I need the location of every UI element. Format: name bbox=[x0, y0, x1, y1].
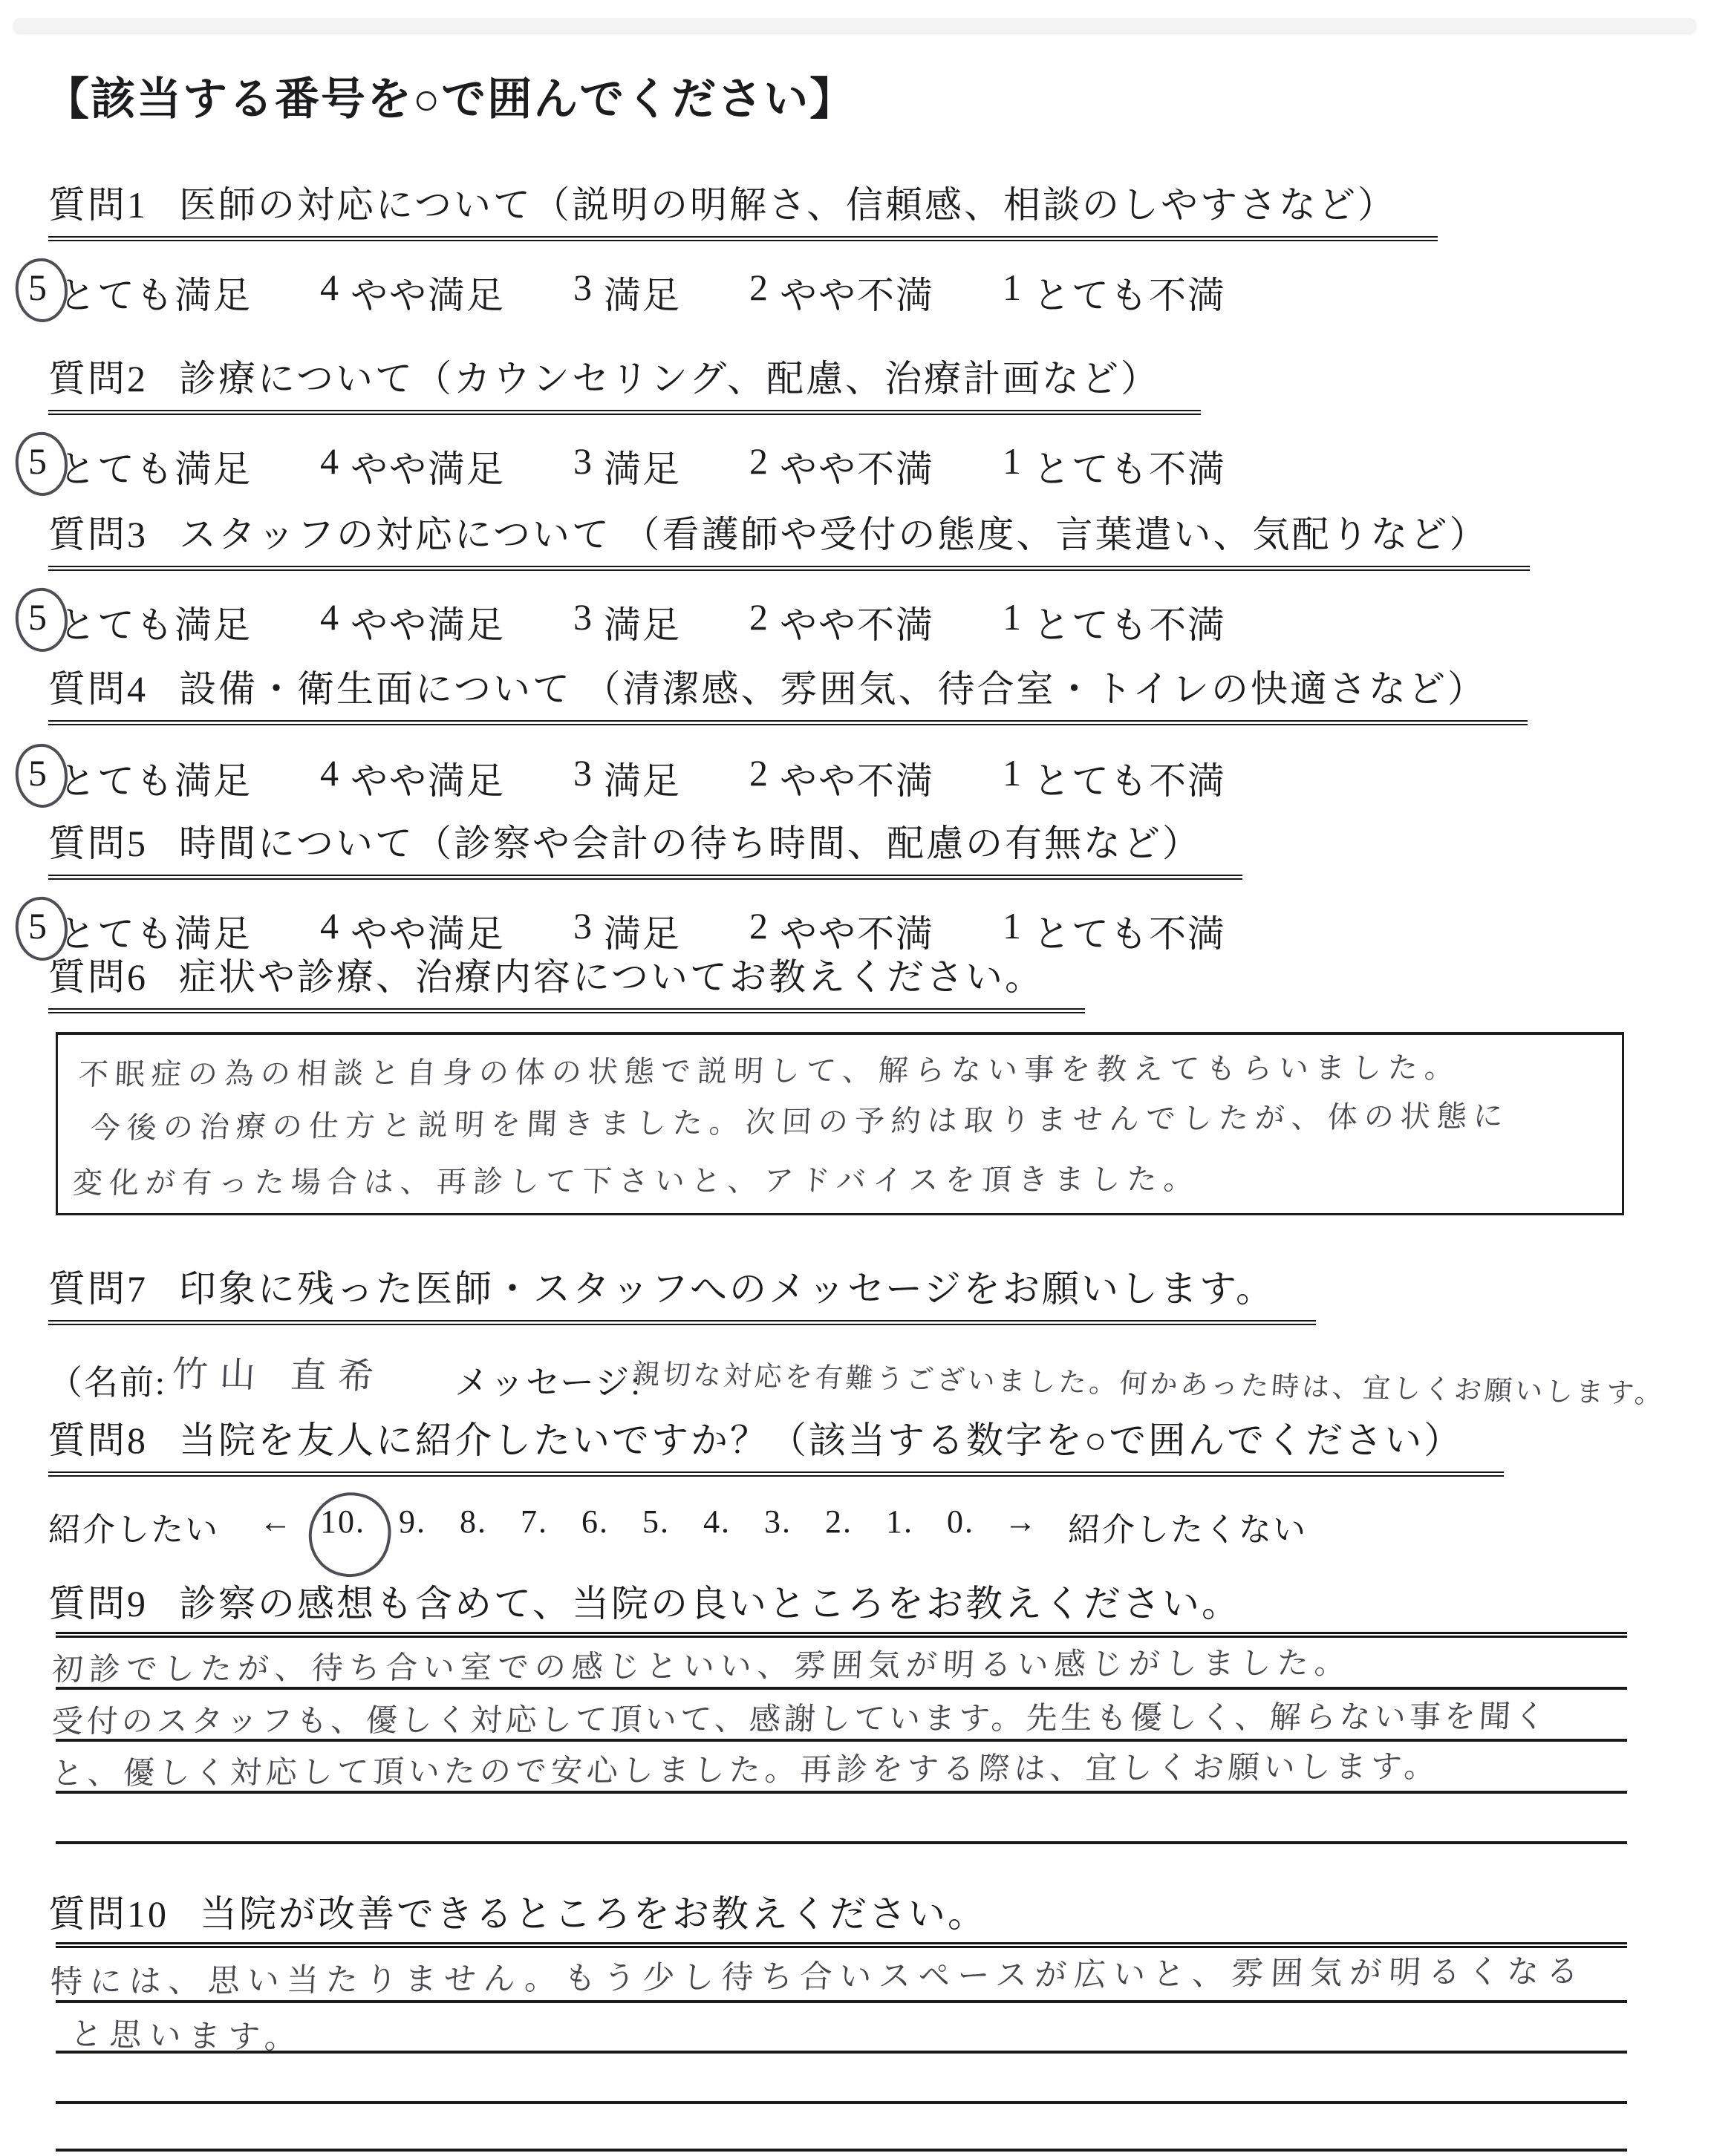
q8-right-arrow: → bbox=[1004, 1503, 1038, 1541]
q2-option-4[interactable]: 4やや満足 bbox=[320, 440, 505, 493]
q3-option-2[interactable]: 2やや不満 bbox=[749, 595, 934, 649]
question-4-text: 設備・衛生面について （清潔感、雰囲気、待合室・トイレの快適さなど） bbox=[179, 668, 1487, 710]
question-3-header: 質問3スタッフの対応について （看護師や受付の態度、言葉遣い、気配りなど） bbox=[48, 514, 1530, 571]
q8-score-8[interactable]: 8. bbox=[460, 1503, 487, 1541]
q9-handwritten-line-2: 受付のスタッフも、優しく対応して頂いて、感謝しています。先生も優しく、解らない事… bbox=[51, 1692, 1551, 1742]
q1-option-5[interactable]: 5とても満足 bbox=[28, 266, 252, 319]
question-6-text: 症状や診療、治療内容についてお教えください。 bbox=[179, 956, 1044, 998]
q7-name-value[interactable]: 竹山 直希 bbox=[171, 1345, 386, 1399]
q8-score-3[interactable]: 3. bbox=[764, 1503, 792, 1541]
q8-score-6[interactable]: 6. bbox=[581, 1503, 609, 1541]
question-5-label: 質問5 bbox=[48, 823, 148, 864]
q7-message-value[interactable]: 親切な対応を有難うございました。何かあった時は、宜しくお願いします。 bbox=[631, 1351, 1666, 1411]
q5-option-4[interactable]: 4やや満足 bbox=[320, 904, 505, 958]
q4-option-1[interactable]: 1とても不満 bbox=[1003, 751, 1226, 805]
question-4-label: 質問4 bbox=[48, 668, 148, 710]
question-7-header: 質問7印象に残った医師・スタッフへのメッセージをお願いします。 bbox=[48, 1268, 1316, 1325]
q9-answer-line-4[interactable] bbox=[56, 1841, 1627, 1844]
q9-answer-line-1[interactable] bbox=[56, 1687, 1627, 1690]
q8-scale-row: 紹介したい ← 10. 9. 8. 7. 6. 5. 4. 3. 2. 1. 0… bbox=[48, 1503, 1307, 1550]
question-2-label: 質問2 bbox=[48, 358, 148, 399]
q1-option-1[interactable]: 1とても不満 bbox=[1003, 266, 1226, 319]
q3-option-4[interactable]: 4やや満足 bbox=[320, 595, 505, 649]
q10-handwritten-line-1: 特には、思い当たりません。もう少し待ち合いスペースが広いと、雰囲気が明るくなる bbox=[50, 1947, 1587, 2002]
q4-option-2[interactable]: 2やや不満 bbox=[749, 751, 934, 805]
q4-option-3[interactable]: 3満足 bbox=[573, 751, 681, 805]
q7-message-label: メッセージ: bbox=[454, 1356, 642, 1405]
q3-option-1[interactable]: 1とても不満 bbox=[1003, 595, 1226, 649]
q8-score-2[interactable]: 2. bbox=[825, 1503, 853, 1541]
question-4-options: 5とても満足 4やや満足 3満足 2やや不満 1とても不満 bbox=[28, 751, 1226, 805]
question-9-text: 診察の感想も含めて、当院の良いところをお教えください。 bbox=[179, 1583, 1241, 1624]
q1-option-2[interactable]: 2やや不満 bbox=[749, 266, 934, 319]
question-4-header: 質問4設備・衛生面について （清潔感、雰囲気、待合室・トイレの快適さなど） bbox=[48, 668, 1528, 725]
question-3-options: 5とても満足 4やや満足 3満足 2やや不満 1とても不満 bbox=[28, 595, 1226, 649]
q10-answer-line-4[interactable] bbox=[56, 2149, 1627, 2152]
q9-handwritten-line-3: と、優しく対応して頂いたので安心しました。再診をする際は、宜しくお願いします。 bbox=[51, 1742, 1441, 1794]
q4-option-5[interactable]: 5とても満足 bbox=[28, 751, 252, 805]
question-1-text: 医師の対応について（説明の明解さ、信頼感、相談のしやすさなど） bbox=[179, 184, 1397, 226]
q5-option-3[interactable]: 3満足 bbox=[573, 904, 681, 958]
question-10-header: 質問10当院が改善できるところをお教えください。 bbox=[48, 1893, 987, 1945]
q2-option-5[interactable]: 5とても満足 bbox=[28, 440, 252, 493]
question-1-header: 質問1医師の対応について（説明の明解さ、信頼感、相談のしやすさなど） bbox=[48, 184, 1438, 241]
q9-answer-line-2[interactable] bbox=[56, 1739, 1627, 1742]
question-6-label: 質問6 bbox=[48, 956, 148, 998]
q8-score-4[interactable]: 4. bbox=[703, 1503, 731, 1541]
q8-score-1[interactable]: 1. bbox=[886, 1503, 913, 1541]
question-5-text: 時間について（診察や会計の待ち時間、配慮の有無など） bbox=[179, 823, 1202, 864]
question-10-label: 質問10 bbox=[48, 1893, 169, 1935]
q9-answer-line-3[interactable] bbox=[56, 1791, 1627, 1794]
q8-right-label: 紹介したくない bbox=[1068, 1503, 1307, 1550]
q5-option-5[interactable]: 5とても満足 bbox=[28, 904, 252, 958]
q8-score-5[interactable]: 5. bbox=[642, 1503, 670, 1541]
question-8-label: 質問8 bbox=[48, 1420, 148, 1461]
question-2-header: 質問2診療について（カウンセリング、配慮、治療計画など） bbox=[48, 358, 1201, 415]
question-1-options: 5とても満足 4やや満足 3満足 2やや不満 1とても不満 bbox=[28, 266, 1226, 319]
q6-handwritten-line-2: 今後の治療の仕方と説明を聞きました。次回の予約は取りませんでしたが、体の状態に bbox=[90, 1092, 1510, 1147]
question-7-label: 質問7 bbox=[48, 1268, 148, 1310]
q8-score-0[interactable]: 0. bbox=[947, 1503, 974, 1541]
q10-answer-line-2[interactable] bbox=[56, 2051, 1627, 2054]
selection-circle-icon bbox=[303, 1486, 397, 1583]
q1-option-4[interactable]: 4やや満足 bbox=[320, 266, 505, 319]
survey-page: 【該当する番号を○で囲んでください】 質問1医師の対応について（説明の明解さ、信… bbox=[0, 0, 1711, 2156]
q5-option-2[interactable]: 2やや不満 bbox=[749, 904, 934, 958]
q2-option-3[interactable]: 3満足 bbox=[573, 440, 681, 493]
q9-handwritten-line-1: 初診でしたが、待ち合い室での感じといい、雰囲気が明るい感じがしました。 bbox=[51, 1639, 1353, 1690]
question-3-label: 質問3 bbox=[48, 514, 148, 555]
q6-answer-box[interactable]: 不眠症の為の相談と自身の体の状態で説明して、解らない事を教えてもらいました。 今… bbox=[56, 1032, 1624, 1215]
q10-answer-line-3[interactable] bbox=[56, 2101, 1627, 2104]
question-2-options: 5とても満足 4やや満足 3満足 2やや不満 1とても不満 bbox=[28, 440, 1226, 493]
q9-header-rule bbox=[56, 1632, 1627, 1638]
question-9-label: 質問9 bbox=[48, 1583, 148, 1624]
q8-score-9[interactable]: 9. bbox=[399, 1503, 426, 1541]
question-1-label: 質問1 bbox=[48, 184, 148, 226]
question-8-text: 当院を友人に紹介したいですか？（該当する数字を○で囲んでください） bbox=[179, 1420, 1463, 1461]
question-3-text: スタッフの対応について （看護師や受付の態度、言葉遣い、気配りなど） bbox=[179, 514, 1489, 555]
scan-artifact-bar bbox=[13, 18, 1696, 33]
question-10-text: 当院が改善できるところをお教えください。 bbox=[200, 1893, 987, 1935]
question-2-text: 診療について（カウンセリング、配慮、治療計画など） bbox=[179, 358, 1160, 399]
question-7-text: 印象に残った医師・スタッフへのメッセージをお願いします。 bbox=[179, 1268, 1275, 1310]
q8-left-label: 紹介したい bbox=[48, 1503, 219, 1550]
q2-option-1[interactable]: 1とても不満 bbox=[1003, 440, 1226, 493]
q6-handwritten-line-3: 変化が有った場合は、再診して下さいと、アドバイスを頂きました。 bbox=[72, 1156, 1202, 1202]
q10-answer-line-1[interactable] bbox=[56, 2000, 1627, 2003]
page-title: 【該当する番号を○で囲んでください】 bbox=[45, 64, 855, 128]
question-5-header: 質問5時間について（診察や会計の待ち時間、配慮の有無など） bbox=[48, 823, 1242, 880]
q3-option-5[interactable]: 5とても満足 bbox=[28, 595, 252, 649]
q5-option-1[interactable]: 1とても不満 bbox=[1003, 904, 1226, 958]
question-9-header: 質問9診察の感想も含めて、当院の良いところをお教えください。 bbox=[48, 1583, 1241, 1635]
q8-score-10[interactable]: 10. bbox=[320, 1503, 365, 1541]
q8-score-7[interactable]: 7. bbox=[521, 1503, 548, 1541]
q1-option-3[interactable]: 3満足 bbox=[573, 266, 681, 319]
question-6-header: 質問6症状や診療、治療内容についてお教えください。 bbox=[48, 956, 1085, 1013]
question-8-header: 質問8当院を友人に紹介したいですか？（該当する数字を○で囲んでください） bbox=[48, 1420, 1504, 1477]
q7-name-label: （名前: bbox=[48, 1356, 166, 1405]
q2-option-2[interactable]: 2やや不満 bbox=[749, 440, 934, 493]
question-5-options: 5とても満足 4やや満足 3満足 2やや不満 1とても不満 bbox=[28, 904, 1226, 958]
q8-left-arrow: ← bbox=[259, 1503, 293, 1541]
q3-option-3[interactable]: 3満足 bbox=[573, 595, 681, 649]
q6-handwritten-line-1: 不眠症の為の相談と自身の体の状態で説明して、解らない事を教えてもらいました。 bbox=[78, 1044, 1462, 1094]
q4-option-4[interactable]: 4やや満足 bbox=[320, 751, 505, 805]
